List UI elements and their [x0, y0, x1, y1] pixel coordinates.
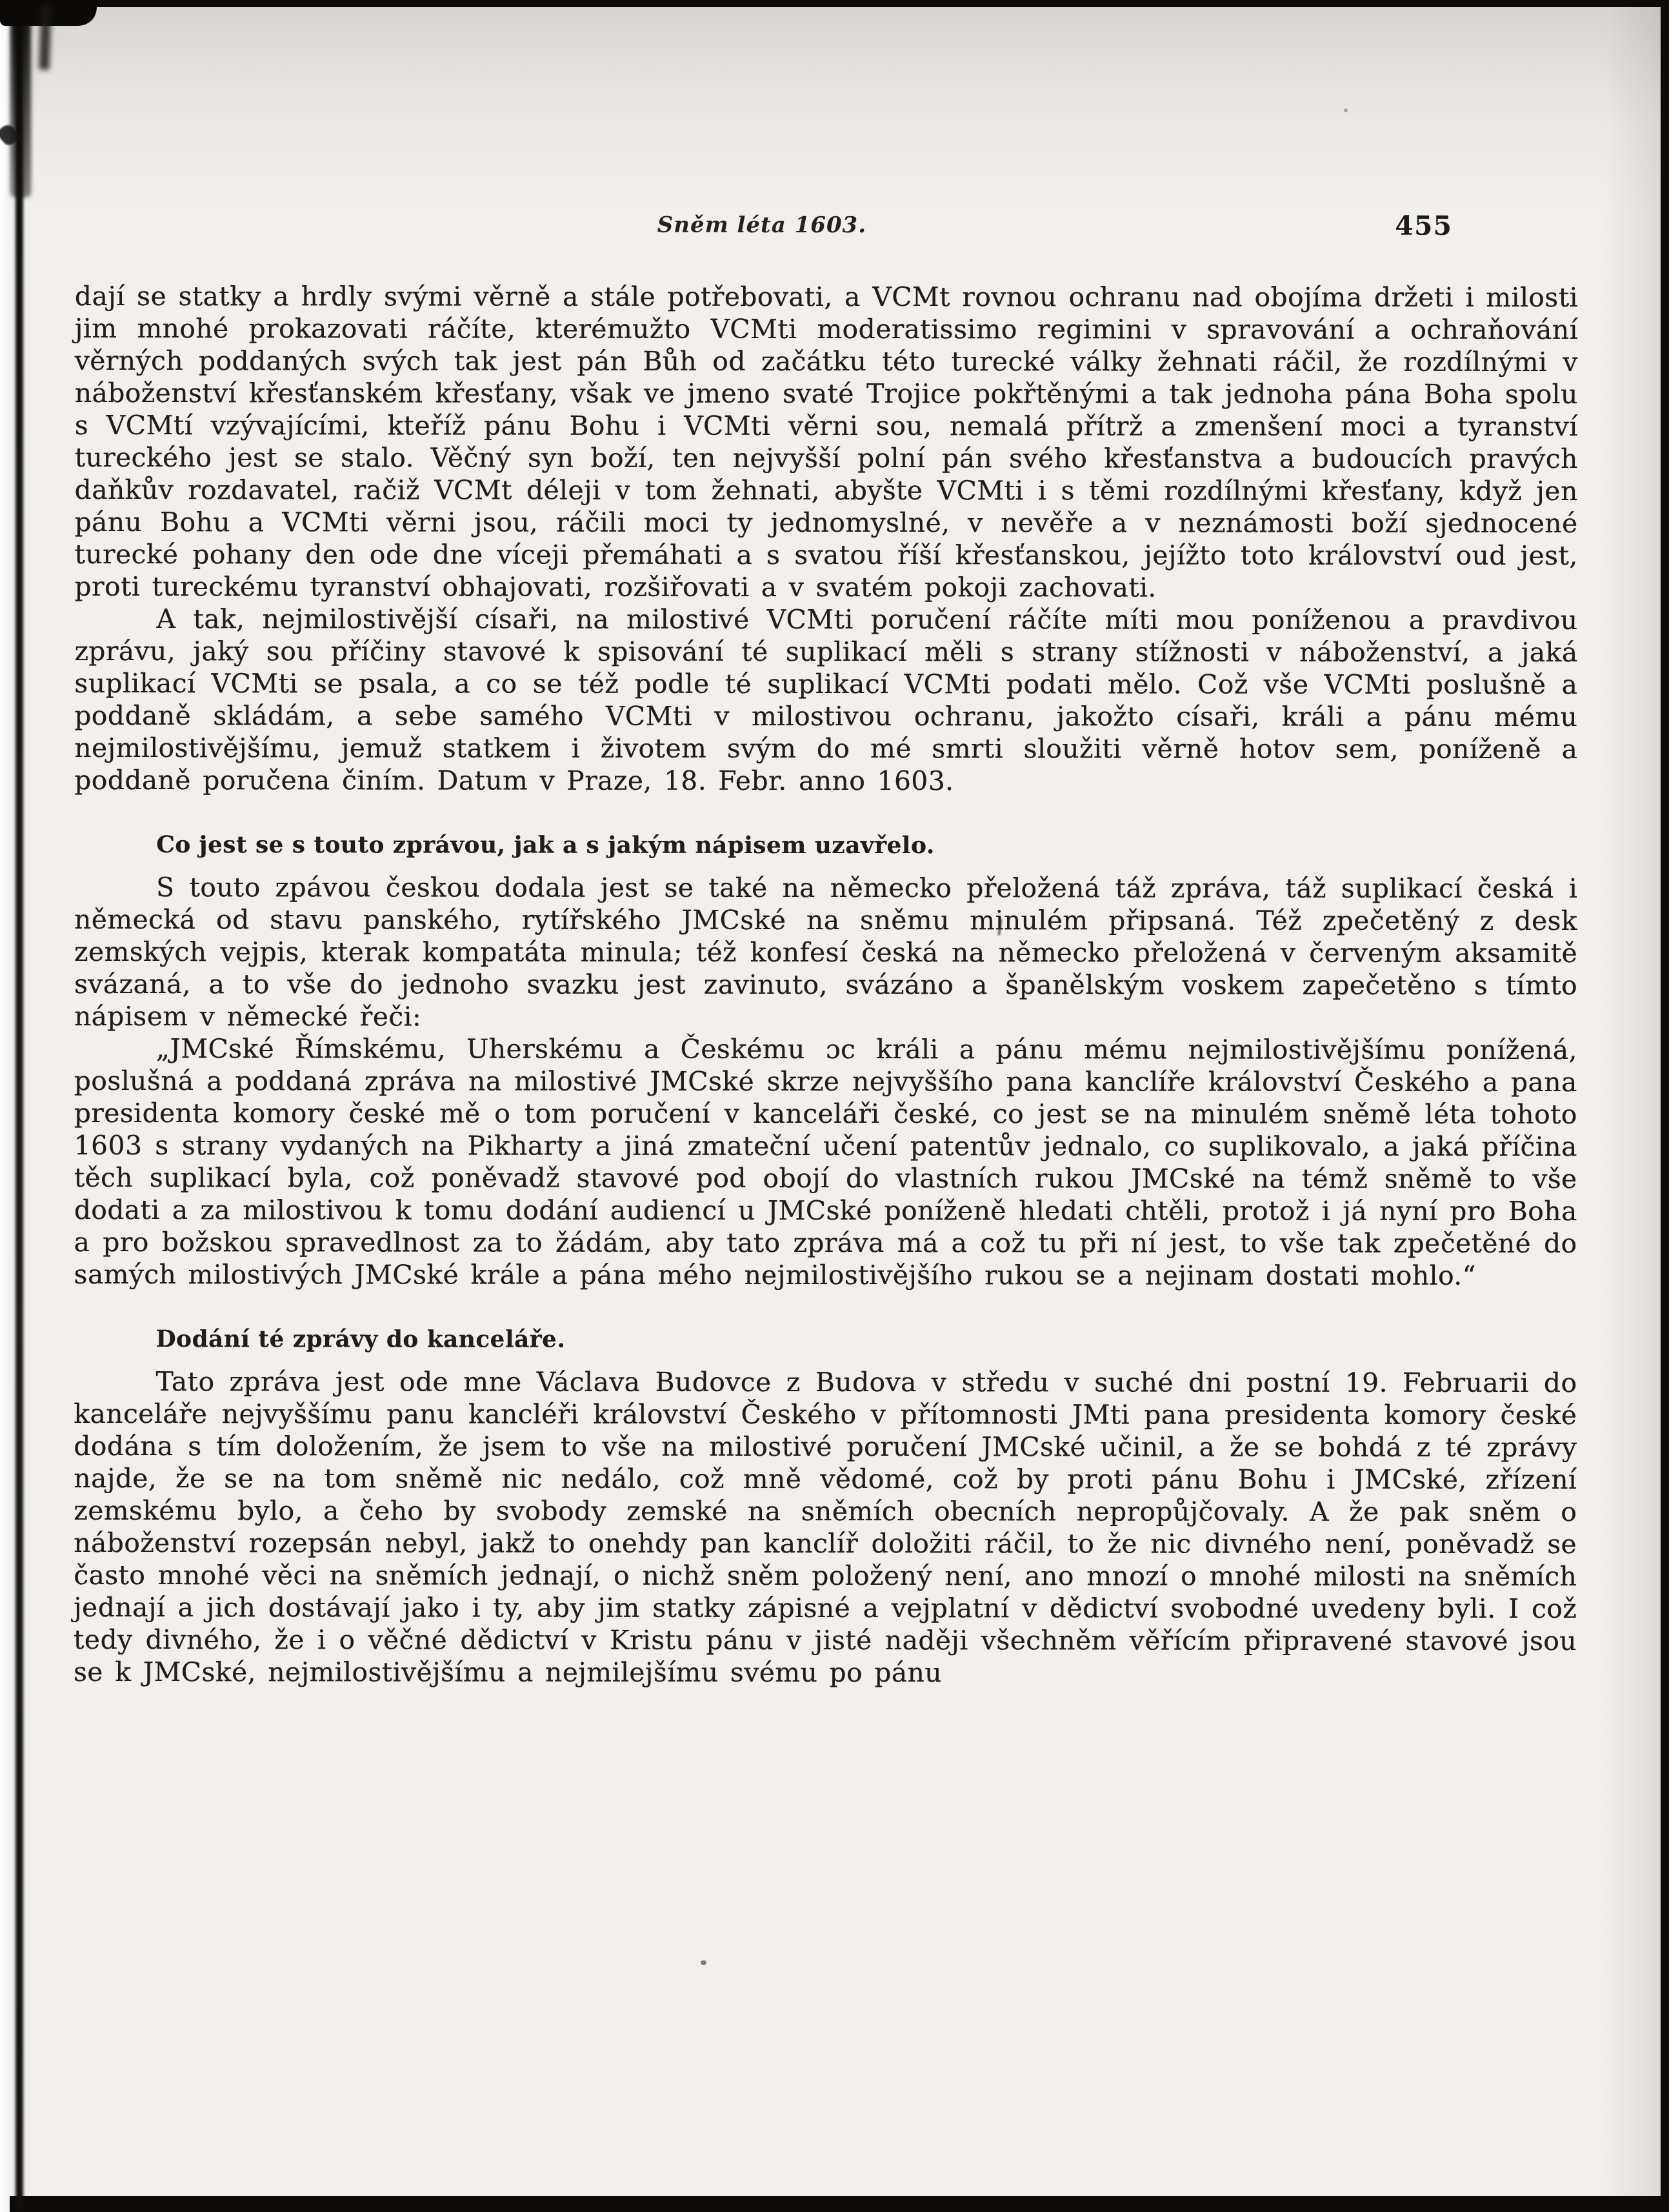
scanned-book-page: { "document": { "running_title": "Sněm l… [0, 0, 1669, 2212]
section-heading-zprava-uzavreni: Co jest se s touto zprávou, jak a s jaký… [74, 830, 1577, 861]
book-gutter-shadow-top [10, 4, 31, 197]
page-content: Sněm léta 1603. 455 dají se statky a hrd… [74, 212, 1578, 1689]
print-speck-bottom [701, 1960, 706, 1965]
print-speck-top-right [1344, 108, 1348, 112]
book-gutter-shadow [15, 0, 23, 2212]
scan-left-white-edge [0, 0, 10, 2212]
section-heading-dodani: Dodání té zprávy do kanceláře. [74, 1324, 1577, 1355]
page-number: 455 [1395, 210, 1452, 241]
running-title: Sněm léta 1603. [10, 212, 1514, 239]
paragraph-report-closing: A tak, nejmilostivější císaři, na milost… [74, 603, 1577, 798]
paragraph-prilohy: S touto zpávou českou dodala jest se tak… [74, 871, 1577, 1034]
paragraph-napis-quote: „JMCské Římskému, Uherskému a Českému ɔc… [74, 1032, 1577, 1292]
paragraph-dodani-zpravy: Tato zpráva jest ode mne Václava Budovce… [74, 1365, 1577, 1689]
page-header: Sněm léta 1603. 455 [75, 212, 1578, 246]
paragraph-continuation: dají se statky a hrdly svými věrně a stá… [74, 280, 1577, 604]
